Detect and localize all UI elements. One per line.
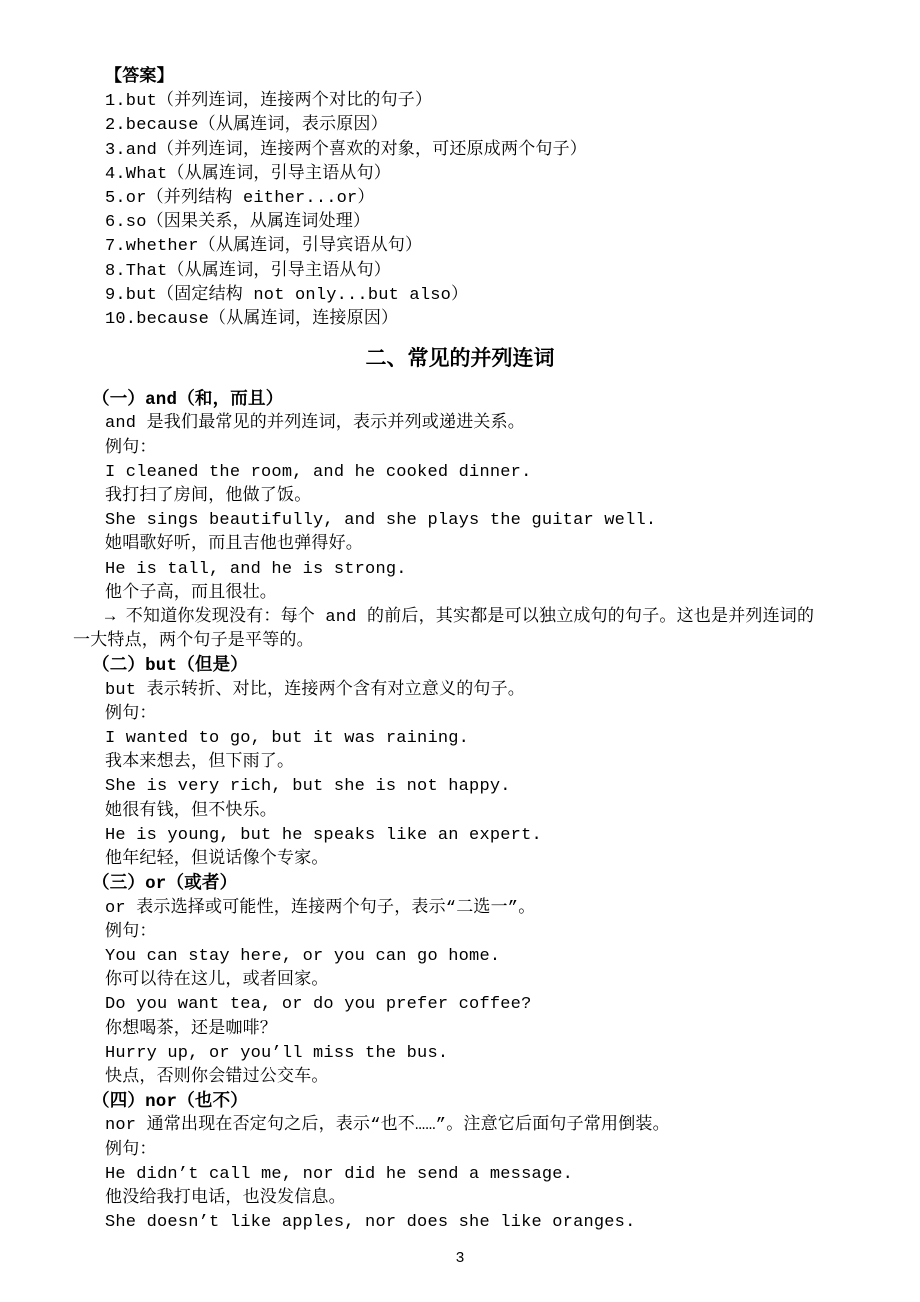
text-line: 例句： [73,437,847,461]
text-line: Do you want tea, or do you prefer coffee… [73,993,847,1017]
answer-item: 10.because（从属连词，连接原因） [73,308,847,332]
text-line: 你可以待在这儿，或者回家。 [73,969,847,993]
answer-item: 2.because（从属连词，表示原因） [73,114,847,138]
text-line: I cleaned the room, and he cooked dinner… [73,461,847,485]
text-line: Hurry up, or you’ll miss the bus. [73,1042,847,1066]
text-line: 一大特点，两个句子是平等的。 [73,630,847,654]
text-line: nor 通常出现在否定句之后，表示“也不……”。注意它后面句子常用倒装。 [73,1114,847,1138]
answer-item: 5.or（并列结构 either...or） [73,187,847,211]
answer-item: 7.whether（从属连词，引导宾语从句） [73,235,847,259]
text-line: 例句： [73,703,847,727]
text-line: She is very rich, but she is not happy. [73,775,847,799]
text-line: → 不知道你发现没有：每个 and 的前后，其实都是可以独立成句的句子。这也是并… [73,606,847,630]
text-line: 我打扫了房间，他做了饭。 [73,485,847,509]
text-line: but 表示转折、对比，连接两个含有对立意义的句子。 [73,679,847,703]
text-line: He didn’t call me, nor did he send a mes… [73,1163,847,1187]
text-line: She sings beautifully, and she plays the… [73,509,847,533]
answer-item: 6.so（因果关系，从属连词处理） [73,211,847,235]
text-line: You can stay here, or you can go home. [73,945,847,969]
text-line: 她唱歌好听，而且吉他也弹得好。 [73,533,847,557]
text-line: 他年纪轻，但说话像个专家。 [73,848,847,872]
section-subheading: （三）or（或者） [73,872,847,896]
text-line: 他没给我打电话，也没发信息。 [73,1187,847,1211]
text-line: 快点，否则你会错过公交车。 [73,1066,847,1090]
text-line: I wanted to go, but it was raining. [73,727,847,751]
text-line: She doesn’t like apples, nor does she li… [73,1211,847,1235]
text-line: 例句： [73,921,847,945]
text-line: or 表示选择或可能性，连接两个句子，表示“二选一”。 [73,897,847,921]
section-heading: 二、常见的并列连词 [73,346,847,372]
text-line: 她很有钱，但不快乐。 [73,800,847,824]
text-line: 你想喝茶，还是咖啡？ [73,1018,847,1042]
text-line: He is tall, and he is strong. [73,558,847,582]
page-number: 3 [73,1249,847,1269]
answers-list: 1.but（并列连词，连接两个对比的句子）2.because（从属连词，表示原因… [73,90,847,332]
section-subheading: （一）and（和，而且） [73,388,847,412]
answer-item: 1.but（并列连词，连接两个对比的句子） [73,90,847,114]
answer-item: 8.That（从属连词，引导主语从句） [73,260,847,284]
answer-item: 3.and（并列连词，连接两个喜欢的对象，可还原成两个句子） [73,139,847,163]
answer-item: 9.but（固定结构 not only...but also） [73,284,847,308]
text-line: and 是我们最常见的并列连词，表示并列或递进关系。 [73,412,847,436]
text-line: 我本来想去，但下雨了。 [73,751,847,775]
section-subheading: （二）but（但是） [73,654,847,678]
document-page: 【答案】 1.but（并列连词，连接两个对比的句子）2.because（从属连词… [0,0,920,1302]
text-line: He is young, but he speaks like an exper… [73,824,847,848]
answer-item: 4.What（从属连词，引导主语从句） [73,163,847,187]
section-subheading: （四）nor（也不） [73,1090,847,1114]
text-line: 例句： [73,1139,847,1163]
text-line: 他个子高，而且很壮。 [73,582,847,606]
answers-title: 【答案】 [73,66,847,90]
sections-container: （一）and（和，而且）and 是我们最常见的并列连词，表示并列或递进关系。例句… [73,388,847,1235]
